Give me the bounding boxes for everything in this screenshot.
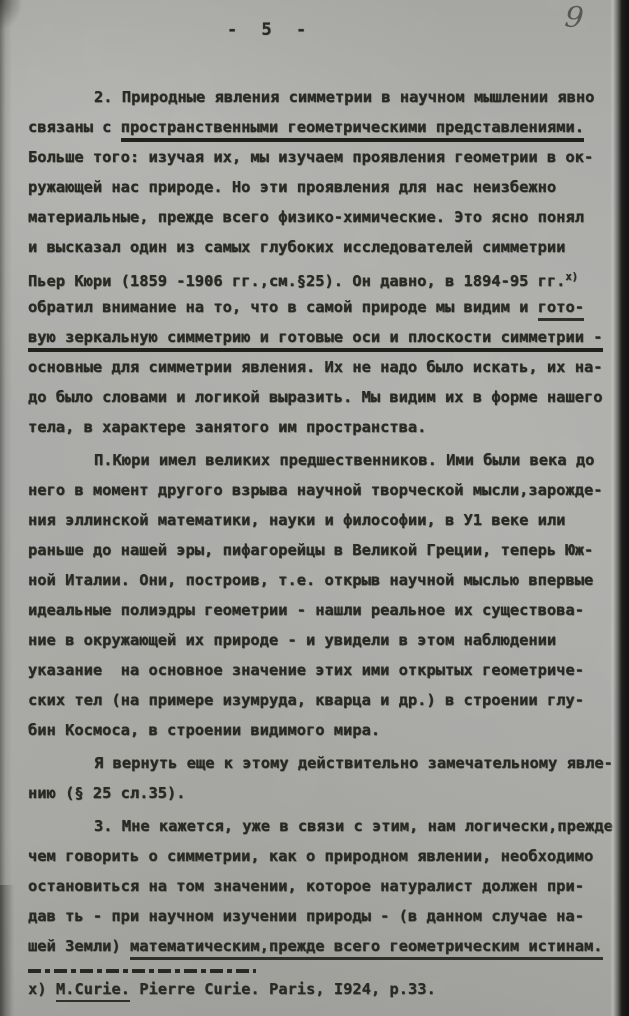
typed-line: указание на основное значение этих ими о… [28,655,620,685]
scan-shadow-top-left [0,0,26,40]
typed-text: х) [28,980,56,998]
typed-text: материальные, прежде всего физико-химиче… [28,208,584,226]
underlined-text: M.Curie. [56,980,130,1002]
underlined-text: вую зеркальную симметрию и готовые оси и… [28,328,603,352]
underlined-text: пространственными геометрическими предст… [121,118,584,142]
typed-text: раньше до нашей эры, пифагорейцы в Велик… [28,541,593,559]
typed-line: и высказал один из самых глубоких исслед… [28,232,620,262]
footnote-divider-dashed [28,969,256,973]
typed-line: идеальные полиэдры геометрии - нашли реа… [28,595,620,625]
typed-text: обратил внимание на то, что в самой прир… [28,298,538,316]
typed-text: Я вернуть еще к этому действительно заме… [94,754,613,772]
typed-line: 3. Мне кажется, уже в связи с этим, нам … [28,811,620,841]
typed-text: ние в окружающей их природе - и увидели … [28,631,556,649]
typed-text: и высказал один из самых глубоких исслед… [28,238,565,256]
typed-line: Пьер Кюри (1859 -1906 гг.,см.§25). Он да… [28,262,620,292]
typed-line: ной Италии. Они, построив, т.е. открыв н… [28,565,620,595]
scanned-page: 9 - 5 - 2. Природные явления симметрии в… [0,0,629,1016]
typed-line: ских тел (на примере изумруда, кварца и … [28,685,620,715]
typed-text: нию (§ 25 сл.35). [28,784,186,802]
typed-text: идеальные полиэдры геометрии - нашли реа… [28,601,584,619]
typed-line: материальные, прежде всего физико-химиче… [28,202,620,232]
scan-shadow-bottom-left [0,885,16,1016]
typed-line: основные для симметрии явления. Их не на… [28,352,620,382]
typed-lines: 2. Природные явления симметрии в научном… [28,82,620,961]
typed-line: него в момент другого взрыва научной тво… [28,475,620,505]
scan-edge-left [0,0,12,1016]
typed-line: обратил внимание на то, что в самой прир… [28,292,620,322]
page-number: - 5 - [227,20,313,40]
typed-line: раньше до нашей эры, пифагорейцы в Велик… [28,535,620,565]
typed-text: тела, в характере занятого им пространст… [28,418,426,436]
typed-text: него в момент другого взрыва научной тво… [28,481,603,499]
typed-text: 2. Природные явления симметрии в научном… [94,88,594,106]
footnote-marker: х) [565,271,578,283]
typed-text: остановиться на том значении, которое на… [28,877,584,895]
typed-text: П.Кюри имел великих предшественников. Им… [94,451,594,469]
typed-text: указание на основное значение этих ими о… [28,661,584,679]
typed-line: остановиться на том значении, которое на… [28,871,620,901]
typed-text: чем говорить о симметрии, как о природно… [28,847,593,865]
typed-text: 3. Мне кажется, уже в связи с этим, нам … [94,817,613,835]
underlined-text: гото- [538,298,584,321]
typed-text: ния эллинской математики, науки и филосо… [28,511,565,529]
typed-line: ние в окружающей их природе - и увидели … [28,625,620,655]
footnote-line: х) M.Curie. Pierre Curie. Paris, I924, p… [28,974,436,1004]
typed-text: ружающей нас природе. Но эти проявления … [28,178,556,196]
typed-text: шей Земли) [28,937,130,955]
typed-text: Больше того: изучая их, мы изучаем прояв… [28,148,593,166]
typed-text: Pierre Curie. Paris, I924, p.33. [130,980,436,998]
typed-text: ских тел (на примере изумруда, кварца и … [28,691,584,709]
typed-text: до было словами и логикой выразить. Мы в… [28,388,603,406]
typed-text: бин Космоса, в строении видимого мира. [28,721,380,739]
typed-line: 2. Природные явления симметрии в научном… [28,82,620,112]
typed-line: тела, в характере занятого им пространст… [28,412,620,442]
typed-line: ния эллинской математики, науки и филосо… [28,505,620,535]
typed-text: ной Италии. Они, построив, т.е. открыв н… [28,571,593,589]
typed-line: вую зеркальную симметрию и готовые оси и… [28,322,620,352]
typed-line: до было словами и логикой выразить. Мы в… [28,382,620,412]
typed-line: шей Земли) математическим,прежде всего г… [28,931,620,961]
typed-line: нию (§ 25 сл.35). [28,778,620,808]
typed-text: Пьер Кюри (1859 -1906 гг.,см.§25). Он да… [28,272,565,290]
underlined-text: математическим,прежде всего геометрическ… [130,937,603,960]
typed-line: Больше того: изучая их, мы изучаем прояв… [28,142,620,172]
typed-line: ружающей нас природе. Но эти проявления … [28,172,620,202]
typed-text: связаны с [28,118,121,136]
typed-text: дав ть - при научном изучении природы - … [28,907,584,925]
handwritten-page-number: 9 [563,0,585,35]
typed-line: П.Кюри имел великих предшественников. Им… [28,445,620,475]
typed-line: связаны с пространственными геометрическ… [28,112,620,142]
typed-line: бин Космоса, в строении видимого мира. [28,715,620,745]
typed-line: чем говорить о симметрии, как о природно… [28,841,620,871]
typed-text: основные для симметрии явления. Их не на… [28,358,603,376]
typed-line: Я вернуть еще к этому действительно заме… [28,748,620,778]
typed-line: дав ть - при научном изучении природы - … [28,901,620,931]
